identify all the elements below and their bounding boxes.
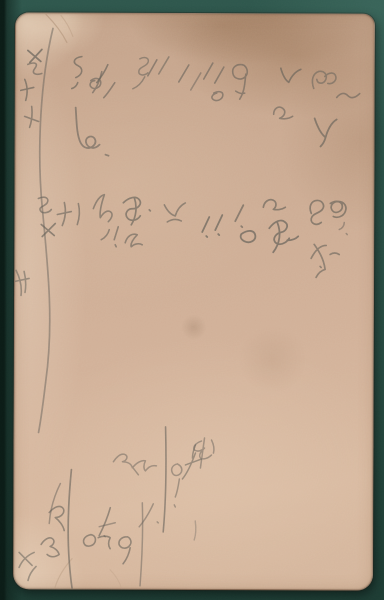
pencil-mark-check2-topright (315, 118, 337, 146)
pencil-mark-tilde-topright (337, 93, 360, 97)
pencil-mark-nine-topright (233, 65, 248, 100)
pencil-mark-a-curl-mid (125, 234, 142, 247)
pencil-mark-one-a (97, 65, 108, 83)
pencil-mark-check-mid (164, 203, 185, 222)
pencil-mark-one-b (104, 83, 115, 98)
pencil-mark-two-eight (133, 58, 149, 89)
pencil-x-arrow-corner (19, 552, 36, 580)
pencil-mark-fours-mid (57, 203, 79, 226)
pencil-faint-seven-bottom (194, 521, 196, 540)
pencil-slash-1 (148, 60, 157, 76)
pencil-mark-five-comma (72, 57, 82, 89)
crease-lines (44, 14, 124, 589)
pencil-mark-zero-mid (241, 231, 256, 242)
crease-top-left-b (61, 16, 73, 37)
pencil-dot-mid (149, 210, 150, 211)
pencil-nine-tail-bottom (172, 464, 182, 507)
pencil-two-curl-bottom (49, 506, 64, 530)
pencil-mark-left-edge (15, 270, 29, 295)
pencil-nz-bottom (41, 538, 59, 557)
pencil-mark-double-eight (310, 200, 346, 224)
pencil-mark-double-loop-topright (312, 71, 336, 88)
pencil-long-slash-bottom (68, 470, 73, 590)
pencil-mark-curl-mid (93, 195, 112, 222)
pencil-vertical-bottom-2 (140, 503, 143, 586)
pencil-slash-4 (191, 73, 201, 90)
pencil-slash-3 (179, 65, 189, 82)
pencil-mark-two-topright (274, 107, 293, 119)
pencil-e-squiggle-bottom (194, 438, 214, 468)
pencil-mark-eight-mid (123, 197, 140, 224)
pencil-mark-one-dot (235, 205, 243, 227)
pencil-mark-check-topright (281, 68, 301, 82)
photo-of-card-back (0, 0, 384, 600)
pencil-slash-2 (159, 57, 169, 74)
pencil-mark-two-u-mid (263, 200, 285, 210)
pencil-mark-four-topleft (21, 79, 34, 100)
pencil-mark-x-mid (41, 223, 55, 236)
pencil-zigzag-bottom (113, 454, 156, 475)
pencil-mark-eight-desc (269, 220, 298, 252)
pencil-inscriptions-layer (14, 13, 374, 589)
pencil-mark-three-mid (38, 197, 51, 213)
pencil-mark-comma-i-mid (101, 227, 118, 247)
pencil-slash-bottom-a (99, 508, 110, 536)
pencil-strokes (14, 28, 360, 589)
pencil-ga-bottom (84, 535, 111, 549)
pencil-mark-zero-small (212, 92, 223, 101)
vintage-card-back (13, 12, 375, 590)
pencil-mark-x-topleft (28, 49, 42, 62)
pencil-mark-one-x-topleft (25, 106, 39, 127)
pencil-mark-five-loop-big (76, 108, 109, 156)
pencil-mark-eleven (202, 215, 222, 237)
crease-bottom-mid (110, 570, 122, 590)
pencil-mark-six-loop (90, 72, 102, 93)
pencil-mark-e-dot (339, 223, 347, 235)
pencil-mark-squiggle-topleft (28, 63, 42, 74)
pencil-tall-line-bottom (163, 427, 166, 532)
pencil-slash-four-bottom (182, 445, 201, 479)
pencil-long-arc-left (39, 28, 53, 432)
pencil-nine-bottom (119, 537, 131, 564)
pencil-mark-x-curl-right (311, 244, 339, 277)
pencil-slash-pair (204, 63, 224, 83)
